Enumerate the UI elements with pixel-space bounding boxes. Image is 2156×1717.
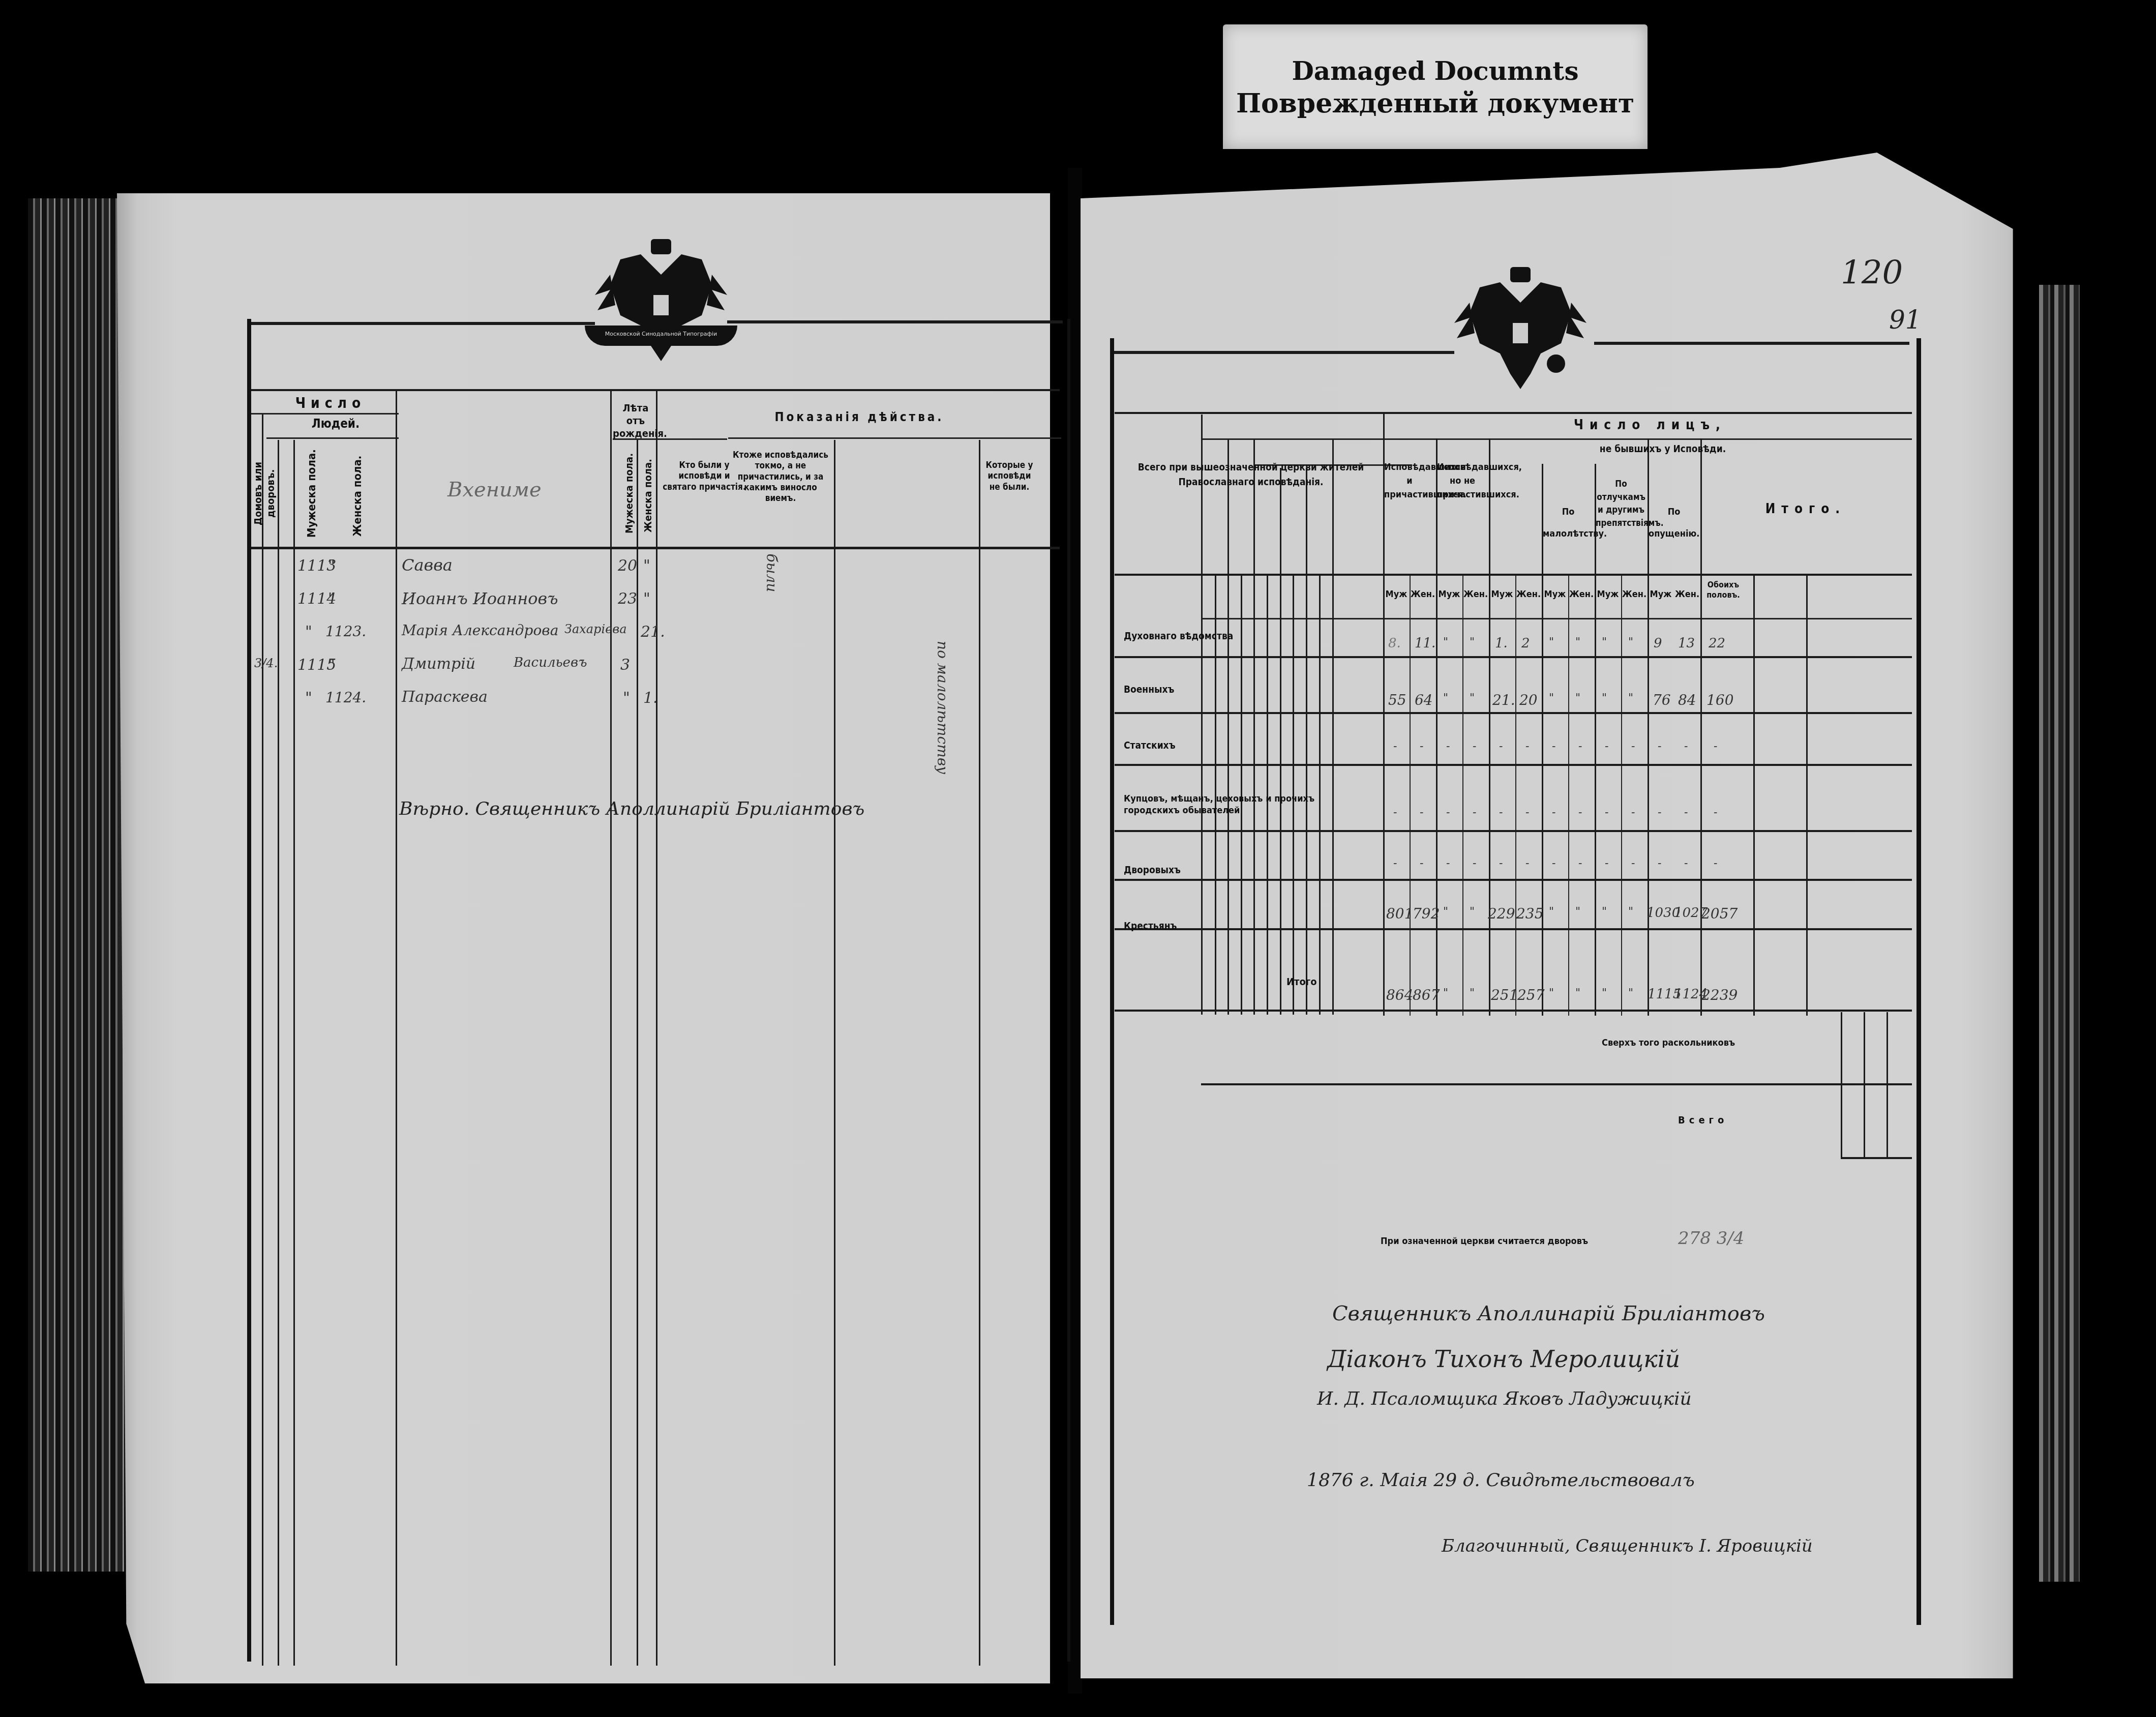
cell: 9	[1654, 636, 1662, 651]
schism-grid	[1841, 1012, 1913, 1157]
cell: -	[1605, 806, 1608, 819]
header-female: Жен.	[1674, 589, 1700, 601]
cell: -	[1473, 740, 1476, 753]
cell: "	[1549, 905, 1554, 918]
cell: "	[1575, 692, 1580, 704]
header-female: Жен.	[1515, 589, 1542, 601]
cell: "	[1628, 692, 1633, 704]
row-label-total: Итого	[1286, 975, 1317, 988]
households-value: 278 3/4	[1678, 1228, 1744, 1249]
cell: -	[1684, 857, 1688, 870]
header-age: Лѣта отъ рожденiя.	[613, 402, 658, 440]
cell: "	[1602, 987, 1607, 999]
left-register-frame	[247, 319, 1070, 1662]
label-title-ru: Поврежденный документ	[1223, 88, 1648, 119]
cell: -	[1578, 806, 1582, 819]
person-name: Марiя Александрова	[402, 622, 558, 639]
row-rule	[1115, 1010, 1912, 1012]
cell: 160	[1706, 692, 1733, 708]
cell: 55	[1388, 692, 1406, 708]
cell: -	[1420, 806, 1423, 819]
cell: -	[1420, 857, 1423, 870]
age-female: "	[643, 590, 650, 608]
female-number: "	[328, 557, 335, 575]
cell: -	[1658, 806, 1661, 819]
header-female: Жен.	[1462, 589, 1489, 601]
col-line	[834, 440, 835, 1666]
cell: 867	[1413, 987, 1440, 1003]
row-rule	[1115, 656, 1912, 658]
person-name: Иоаннъ Иоанновъ	[402, 589, 558, 608]
table-row-household-serfs: - - - - - - - - - - - - -	[1383, 857, 1912, 877]
col-line	[979, 440, 980, 1666]
cell: -	[1446, 740, 1450, 753]
cell: -	[1658, 857, 1661, 870]
col-line	[262, 415, 263, 1666]
col-line	[293, 440, 295, 1666]
header-female: Жен.	[1410, 589, 1436, 601]
signature-deacon: Дiаконъ Тихонъ Меролицкiй	[1327, 1345, 1680, 1373]
cell: -	[1605, 857, 1608, 870]
cell: -	[1525, 857, 1529, 870]
table-row-total: 864 867 " " 251 257 " " " " 1115 1124 22…	[1383, 987, 1912, 1009]
cell: "	[1602, 692, 1607, 704]
cell: -	[1714, 740, 1717, 753]
header-bottom-rule	[251, 547, 1060, 549]
header-lyudei: Людей.	[285, 416, 386, 431]
cell: "	[1443, 636, 1448, 648]
row-rule	[1201, 1083, 1912, 1085]
cell: -	[1393, 740, 1397, 753]
cell: -	[1525, 806, 1529, 819]
cell: 8.	[1388, 636, 1401, 651]
header-male: Муж	[1436, 589, 1462, 601]
cell: 76	[1653, 692, 1671, 708]
cell: -	[1552, 806, 1555, 819]
row-label-civil: Статскихъ	[1124, 740, 1175, 752]
not-confessed-note: по малолѣтству	[934, 641, 951, 774]
cell: "	[1470, 905, 1475, 918]
header-total: Итого.	[1701, 501, 1910, 518]
header-chislo: Число	[264, 394, 397, 412]
cell: -	[1499, 740, 1503, 753]
cell: 1.	[1495, 636, 1508, 651]
header-by-absence: По отлучкамъ и другимъ препятствiямъ.	[1596, 478, 1646, 530]
col-line	[610, 389, 612, 1666]
cell: 235	[1516, 905, 1543, 922]
cell: "	[1575, 905, 1580, 918]
header-female: Жен.	[1568, 589, 1595, 601]
cell: "	[1575, 987, 1580, 999]
header-female: Жен.	[1621, 589, 1648, 601]
age-male: 3	[620, 656, 630, 674]
cell: -	[1473, 857, 1476, 870]
cell: -	[1631, 740, 1635, 753]
row-label-military: Военныхъ	[1124, 684, 1174, 696]
row-label-townspeople: Купцовъ, мѣщанъ, цеховыхъ и прочихъ горо…	[1124, 793, 1368, 816]
cell: -	[1658, 740, 1661, 753]
row-label-peasants: Крестьянъ	[1124, 921, 1177, 933]
person-patronymic: Васильевъ	[514, 655, 587, 670]
header-confessed-only: Ктоже исповѣдались токмо, а не причастил…	[732, 450, 829, 504]
age-female: "	[643, 557, 650, 575]
cell: "	[1443, 692, 1448, 704]
left-page-signature: Вѣрно. Священникъ Аполлинарiй Брилiантов…	[399, 798, 864, 819]
female-number: 1123.	[325, 623, 366, 640]
header-action: Показанiя дѣйства.	[661, 409, 1058, 425]
row-label-clergy: Духовнаго вѣдомства	[1124, 631, 1233, 643]
col-line	[396, 389, 397, 1666]
male-number: "	[305, 689, 312, 707]
cell: -	[1631, 857, 1635, 870]
cell: -	[1446, 806, 1450, 819]
table-row-clergy: 8. 11. " " 1. 2 " " " " 9 13 22	[1383, 636, 1912, 656]
age-female: 1.	[643, 689, 658, 707]
cell: "	[1470, 692, 1475, 704]
header-male: Муж	[1648, 589, 1674, 601]
header-households: Домовъ или дворовъ.	[252, 448, 277, 539]
cell: 64	[1415, 692, 1433, 708]
cell: "	[1628, 636, 1633, 648]
cell: "	[1443, 987, 1448, 999]
row-rule	[1115, 712, 1912, 714]
cell: -	[1684, 806, 1688, 819]
cell: "	[1549, 636, 1554, 648]
folio-number-secondary: 91	[1889, 305, 1922, 335]
female-number: 1124.	[325, 689, 366, 706]
row-rule	[1115, 830, 1912, 832]
household-number: 3/4.	[254, 656, 278, 670]
header-not-confessed: не бывшихъ у Исповѣди.	[1546, 443, 1780, 456]
dean-note-line2: Благочинный, Священникъ I. Яровицкiй	[1442, 1536, 1813, 1556]
cell: -	[1714, 857, 1717, 870]
cell: "	[1628, 905, 1633, 918]
label-title-en: Damaged Documnts	[1223, 56, 1648, 86]
cell: 11.	[1415, 636, 1435, 651]
header-confessed-communed: Исповѣдавшихся и причастившихся.	[1384, 460, 1435, 501]
header-age-male: Мужеска пола.	[623, 448, 636, 539]
person-name: Савва	[402, 555, 453, 575]
age-female: 21.	[641, 623, 665, 641]
cell: -	[1446, 857, 1450, 870]
cell: 21.	[1492, 692, 1515, 708]
schism-grid	[1864, 1012, 1865, 1157]
cell: "	[1602, 905, 1607, 918]
households-text: При означенной церкви считается дворовъ	[1381, 1236, 1588, 1248]
header-by-minority: По малолѣтству.	[1543, 501, 1594, 545]
table-row-townspeople: - - - - - - - - - - - - -	[1383, 806, 1912, 826]
cell: -	[1525, 740, 1529, 753]
cell: -	[1393, 857, 1397, 870]
cell: 2057	[1701, 905, 1738, 922]
cell: 792	[1413, 905, 1440, 922]
sex-header-row: Муж Жен. Муж Жен. Муж Жен. Муж Жен. Муж …	[1383, 580, 1912, 615]
cell: -	[1552, 857, 1555, 870]
cell: 257	[1517, 987, 1544, 1003]
header-top-rule	[251, 389, 1060, 391]
table-row-military: 55 64 " " 21. 20 " " " " 76 84 160	[1383, 692, 1912, 712]
cell: -	[1420, 740, 1423, 753]
schism-grid	[1887, 1012, 1888, 1157]
cell: 2239	[1701, 987, 1738, 1003]
male-number: "	[305, 623, 312, 641]
cell: "	[1549, 692, 1554, 704]
cell: 20	[1519, 692, 1538, 708]
female-number: "	[328, 656, 335, 674]
row-rule	[1841, 1157, 1912, 1159]
age-male: 23	[618, 590, 637, 608]
cell: 22	[1709, 636, 1725, 651]
header-female-count: Женска пола.	[351, 453, 365, 539]
header-not-confessed: Которые у исповѣди не были.	[981, 460, 1037, 493]
female-number: "	[328, 590, 335, 608]
header-confessed-not-communed: Исповѣдавшихся, но не причастившихся.	[1437, 460, 1488, 501]
cell: -	[1714, 806, 1717, 819]
lyudei-subrule	[266, 437, 399, 439]
col-line	[278, 440, 279, 1666]
grand-total-label: Всего	[1678, 1114, 1728, 1127]
person-name: Параскева	[402, 688, 488, 706]
cell: 229.	[1488, 905, 1519, 922]
cell: -	[1499, 806, 1503, 819]
header-both-sexes: Обоихъ половъ.	[1700, 580, 1746, 600]
signature-priest: Священникъ Аполлинарiй Брилiантовъ	[1332, 1302, 1765, 1325]
cell: -	[1473, 806, 1476, 819]
cell: 2	[1521, 636, 1530, 651]
cell: "	[1628, 987, 1633, 999]
header-male-count: Мужеска пола.	[305, 448, 319, 539]
cell: 84	[1678, 692, 1696, 708]
age-male: "	[623, 689, 630, 707]
cell: "	[1602, 636, 1607, 648]
header-count-title: Число лицъ,	[1388, 417, 1912, 434]
cell: -	[1684, 740, 1688, 753]
folio-number: 120	[1841, 254, 1903, 292]
row-label-household-serfs: Дворовыхъ	[1124, 865, 1181, 877]
age-male: 20	[618, 557, 637, 575]
cell: -	[1499, 857, 1503, 870]
header-age-female: Женска пола.	[642, 453, 654, 539]
book-edge-right	[2039, 285, 2080, 1582]
action-subrule	[728, 437, 1061, 439]
cell: -	[1578, 857, 1582, 870]
header-male: Муж	[1595, 589, 1621, 601]
chislo-subrule	[251, 413, 399, 415]
cell: -	[1578, 740, 1582, 753]
table-row-civil: - - - - - - - - - - - - -	[1383, 740, 1912, 760]
damaged-document-label: Damaged Documnts Поврежденный документ	[1223, 24, 1648, 149]
header-category: Всего при вышеозначенной церкви жителей …	[1124, 460, 1378, 490]
communed-note: были	[763, 554, 780, 593]
col-line	[656, 389, 657, 1666]
cell: -	[1552, 740, 1555, 753]
book-edge-left	[28, 198, 125, 1572]
schismatics-label: Сверхъ того раскольниковъ	[1602, 1038, 1735, 1049]
cell: "	[1470, 987, 1475, 999]
cell: 864	[1386, 987, 1413, 1003]
table-row-peasants: 801 792 " " 229. 235 " " " " 1030 1027 2…	[1383, 905, 1912, 928]
cell: "	[1470, 636, 1475, 648]
cell: -	[1605, 740, 1608, 753]
header-names-title: Вхениме	[447, 478, 542, 501]
cell: -	[1631, 806, 1635, 819]
dean-note-line1: 1876 г. Маiя 29 д. Свидѣтельствовалъ	[1307, 1470, 1695, 1491]
header-male: Муж	[1542, 589, 1568, 601]
cell: -	[1393, 806, 1397, 819]
cell: 13	[1678, 636, 1695, 651]
cell: 801	[1386, 905, 1413, 922]
cell: "	[1443, 905, 1448, 918]
signature-psalmist: И. Д. Псаломщика Яковъ Ладужицкiй	[1317, 1388, 1692, 1409]
row-rule	[1115, 879, 1912, 881]
cell: "	[1549, 987, 1554, 999]
row-rule	[1115, 928, 1912, 930]
person-name: Дмитрiй	[402, 655, 475, 673]
header-male: Муж	[1383, 589, 1410, 601]
person-patronymic: Захарiева	[564, 622, 627, 636]
row-rule	[1115, 764, 1912, 766]
cell: "	[1575, 636, 1580, 648]
header-by-negligence: По опущенiю.	[1649, 501, 1699, 545]
header-male: Муж	[1489, 589, 1515, 601]
col-line	[637, 440, 638, 1666]
cell: 251	[1491, 987, 1518, 1003]
